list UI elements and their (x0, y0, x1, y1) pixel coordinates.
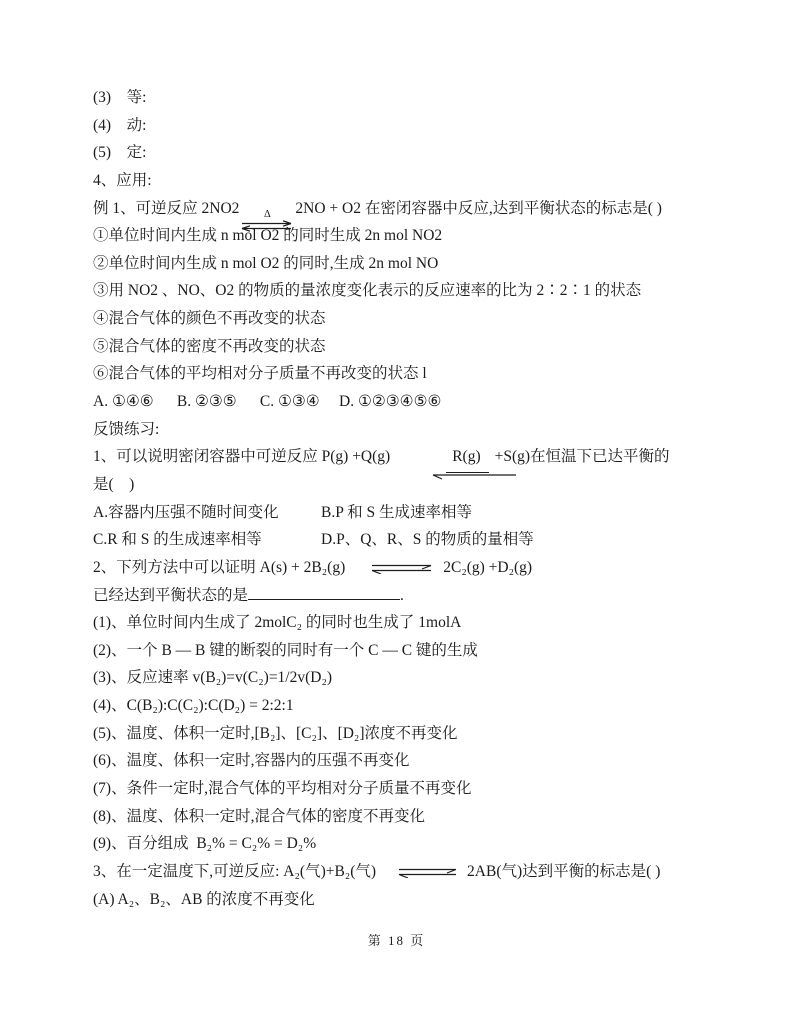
example1-statement-3: ③用 NO2 、NO、O2 的物质的量浓度变化表示的反应速率的比为 2∶2∶1 … (93, 277, 733, 305)
example1-statement-1: ①单位时间内生成 n mol O2 的同时生成 2n mol NO2 (93, 222, 733, 250)
outline-item-3: (3) 等: (93, 84, 733, 112)
q3-stem-line: 3、在一定温度下,可逆反应: A₂(气)+B₂(气)2AB(气)达到平衡的标志是… (93, 858, 733, 886)
example1-statement-4: ④混合气体的颜色不再改变的状态 (93, 305, 733, 333)
outline-item-4: (4) 动: (93, 112, 733, 140)
q1-over-species: R(g) (452, 448, 480, 465)
q1-option-d: D.P、Q、R、S 的物质的量相等 (321, 531, 534, 548)
q2-stem-line: 2、下列方法中可以证明 A(s) + 2B₂(g)2C₂(g) +D₂(g) (93, 554, 733, 582)
answer-blank (248, 582, 400, 599)
q1-options-row-ab: A.容器内压强不随时间变化B.P 和 S 生成速率相等 (93, 499, 733, 527)
q2-item-6: (6)、温度、体积一定时,容器内的压强不再变化 (93, 747, 733, 775)
example1-choices: A. ①④⑥ B. ②③⑤ C. ①③④ D. ①②③④⑤⑥ (93, 388, 733, 416)
equilibrium-arrow-icon (432, 474, 518, 480)
example1-statement-2: ②单位时间内生成 n mol O2 的同时,生成 2n mol NO (93, 250, 733, 278)
example1-statement-5: ⑤混合气体的密度不再改变的状态 (93, 333, 733, 361)
worksheet-content: (3) 等: (4) 动: (5) 定: 4、应用: 例 1、可逆反应 2NO2… (93, 84, 733, 913)
q3-stem-right: 2AB(气)达到平衡的标志是( ) (467, 863, 660, 880)
example1-equation-line: 例 1、可逆反应 2NO2Δ2NO + O2 在密闭容器中反应,达到平衡状态的标… (93, 195, 733, 223)
q1-stem-line: 1、可以说明密闭容器中可逆反应 P(g) +Q(g)R(g)+S(g)在恒温下已… (93, 443, 733, 471)
equilibrium-arrow-icon (371, 562, 433, 574)
q2-answer-label: 已经达到平衡状态的是 (93, 587, 248, 604)
q1-stem-line2: 是( ) (93, 471, 733, 499)
q2-item-8: (8)、温度、体积一定时,混合气体的密度不再变化 (93, 803, 733, 831)
q1-equilibrium-over-text: R(g) (446, 443, 488, 473)
q2-item-4: (4)、C(B₂):C(C₂):C(D₂) = 2:2:1 (93, 692, 733, 720)
q1-options-row-cd: C.R 和 S 的生成速率相等D.P、Q、R、S 的物质的量相等 (93, 526, 733, 554)
outline-item-5: (5) 定: (93, 139, 733, 167)
q2-item-2: (2)、一个 B — B 键的断裂的同时有一个 C — C 键的生成 (93, 637, 733, 665)
q1-option-a: A.容器内压强不随时间变化 (93, 499, 321, 527)
outline-section-4: 4、应用: (93, 167, 733, 195)
delta-symbol: Δ (264, 209, 271, 220)
feedback-practice-title: 反馈练习: (93, 416, 733, 444)
q2-item-7: (7)、条件一定时,混合气体的平均相对分子质量不再变化 (93, 775, 733, 803)
q1-option-b: B.P 和 S 生成速率相等 (321, 504, 472, 521)
q2-stem-right: 2C₂(g) +D₂(g) (443, 559, 532, 576)
example1-statement-6: ⑥混合气体的平均相对分子质量不再改变的状态 l (93, 360, 733, 388)
q1-option-c: C.R 和 S 的生成速率相等 (93, 526, 321, 554)
q1-stem-right: +S(g)在恒温下已达平衡的 (495, 448, 670, 465)
example1-equation-right: 2NO + O2 在密闭容器中反应,达到平衡状态的标志是( ) (295, 200, 662, 217)
q2-item-1: (1)、单位时间内生成了 2molC₂ 的同时也生成了 1molA (93, 609, 733, 637)
q3-option-a: (A) A₂、B₂、AB 的浓度不再变化 (93, 886, 733, 914)
page-number: 第 18 页 (0, 930, 793, 949)
equilibrium-arrow-icon (398, 866, 458, 878)
q2-answer-line: 已经达到平衡状态的是. (93, 582, 733, 610)
q2-item-3: (3)、反应速率 v(B₂)=v(C₂)=1/2v(D₂) (93, 664, 733, 692)
q1-stem-left: 1、可以说明密闭容器中可逆反应 P(g) +Q(g) (93, 448, 390, 465)
example1-equation-left: 例 1、可逆反应 2NO2 (93, 200, 239, 217)
worksheet-page: (3) 等: (4) 动: (5) 定: 4、应用: 例 1、可逆反应 2NO2… (0, 0, 793, 1020)
q3-stem-left: 3、在一定温度下,可逆反应: A₂(气)+B₂(气) (93, 863, 376, 880)
q2-answer-period: . (400, 587, 404, 604)
q2-stem-left: 2、下列方法中可以证明 A(s) + 2B₂(g) (93, 559, 345, 576)
q2-item-9: (9)、百分组成 B₂% = C₂% = D₂% (93, 830, 733, 858)
q2-item-5: (5)、温度、体积一定时,[B₂]、[C₂]、[D₂]浓度不再变化 (93, 720, 733, 748)
